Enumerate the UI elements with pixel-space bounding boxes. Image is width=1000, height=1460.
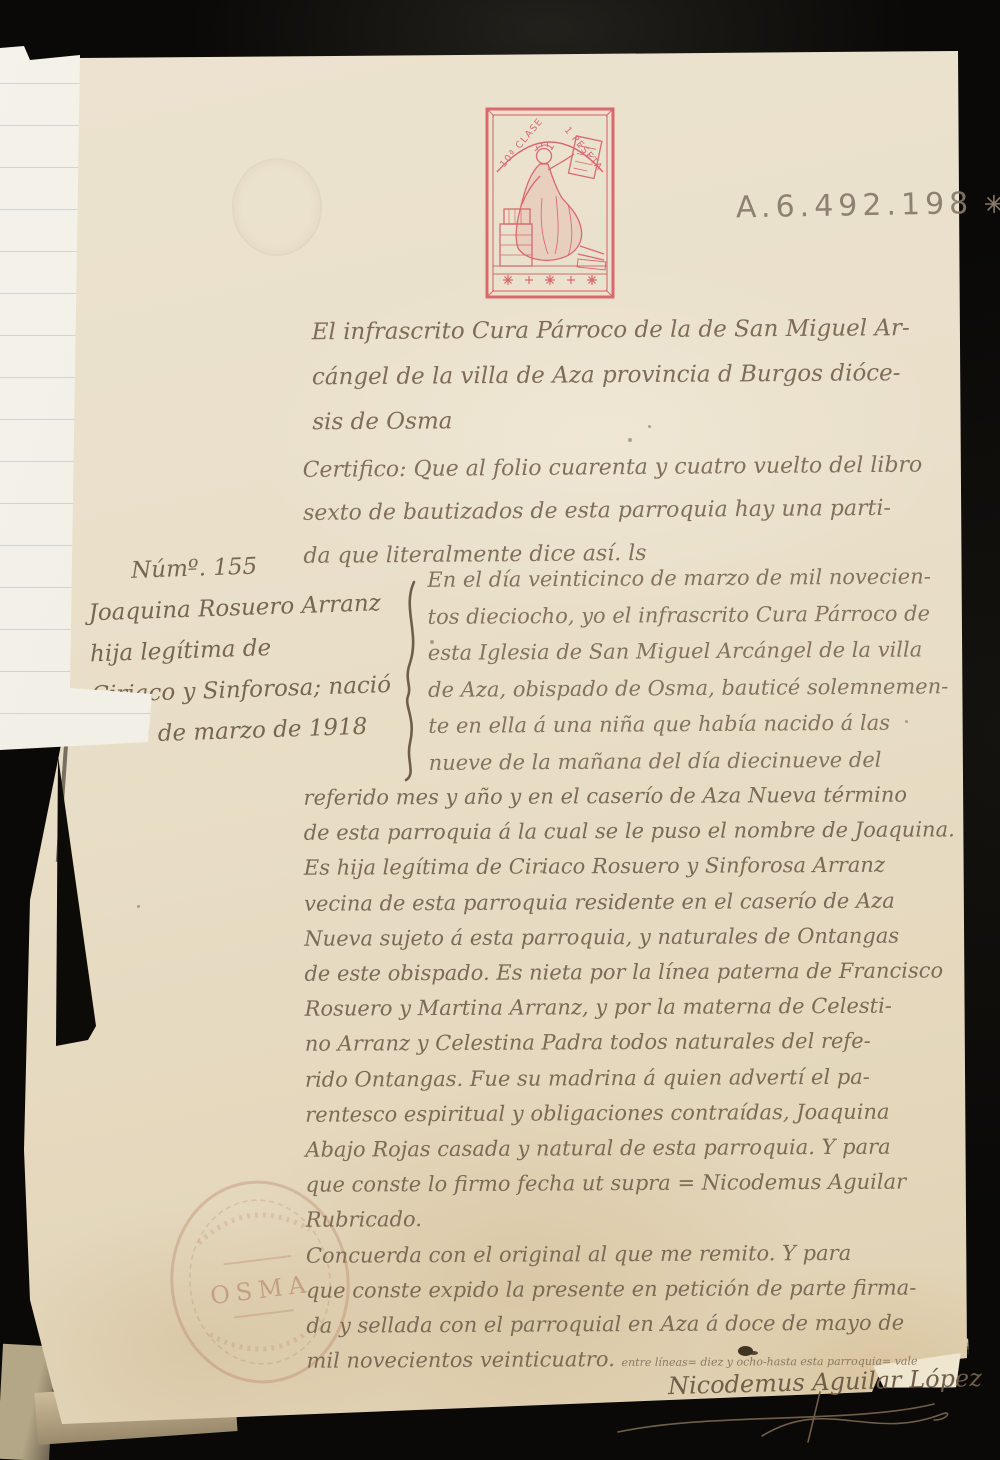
handwritten-line: te en ella á una niña que había nacido á… bbox=[428, 704, 976, 744]
handwritten-line: de Aza, obispado de Osma, bauticé solemn… bbox=[428, 668, 976, 708]
header-text: El infrascrito Cura Párroco de la de San… bbox=[312, 306, 973, 446]
handwritten-line: rido Ontangas. Fue su madrina á quien ad… bbox=[305, 1059, 973, 1098]
signature-flourish bbox=[612, 1390, 957, 1448]
handwritten-line: no Arranz y Celestina Padra todos natura… bbox=[305, 1024, 973, 1063]
handwritten-line: Rubricado. bbox=[306, 1200, 974, 1239]
foxing-speck bbox=[905, 720, 908, 723]
foxing-speck bbox=[540, 870, 543, 873]
handwritten-line: tos dieciocho, yo el infrascrito Cura Pá… bbox=[427, 595, 975, 635]
handwritten-line: sis de Osma bbox=[312, 396, 972, 446]
handwritten-line: de esta parroquia á la cual se le puso e… bbox=[304, 812, 972, 851]
parish-seal-text: OSMA bbox=[209, 1270, 314, 1310]
foxing-speck bbox=[430, 640, 434, 644]
handwritten-line: esta Iglesia de San Miguel Arcángel de l… bbox=[428, 631, 976, 671]
handwritten-line: Joaquina Rosuero Arranz bbox=[88, 585, 339, 635]
serial-number: A.6.492.198 bbox=[736, 186, 974, 225]
handwritten-line: referido mes y año y en el caserío de Az… bbox=[303, 777, 971, 816]
foxing-speck bbox=[628, 438, 632, 442]
handwritten-line: Abajo Rojas casada y natural de esta par… bbox=[305, 1129, 973, 1168]
handwritten-line: sexto de bautizados de esta parroquia ha… bbox=[303, 486, 973, 535]
handwritten-line: Nueva sujeto á esta parroquia, y natural… bbox=[304, 918, 972, 957]
ink-blot bbox=[738, 1346, 753, 1356]
handwritten-line: cángel de la villa de Aza provincia d Bu… bbox=[312, 351, 972, 401]
handwritten-line: que conste lo firmo fecha ut supra = Nic… bbox=[305, 1164, 973, 1203]
handwritten-line: Rosuero y Martina Arranz, y por la mater… bbox=[305, 988, 973, 1027]
handwritten-line: que conste expido la presente en petició… bbox=[306, 1270, 974, 1309]
handwritten-line: vecina de esta parroquia residente en el… bbox=[304, 883, 972, 922]
fiscal-stamp: 10ª CLASE 1 PESETA bbox=[484, 106, 616, 300]
parish-seal: OSMA bbox=[152, 1165, 368, 1399]
handwritten-line: El infrascrito Cura Párroco de la de San… bbox=[312, 306, 972, 356]
entry-body-text: referido mes y año y en el caserío de Az… bbox=[303, 777, 974, 1382]
certification-text: Certifico: Que al folio cuarenta y cuatr… bbox=[302, 443, 973, 578]
margin-brace bbox=[390, 578, 430, 783]
star-mark-icon bbox=[983, 192, 1000, 214]
handwritten-line: nueve de la mañana del día diecinueve de… bbox=[429, 741, 977, 781]
stamp-value-label: 1 PESETA bbox=[562, 125, 605, 173]
handwritten-line: Certifico: Que al folio cuarenta y cuatr… bbox=[302, 443, 972, 492]
handwritten-line: rentesco espiritual y obligaciones contr… bbox=[305, 1094, 973, 1133]
ornament-band bbox=[503, 275, 597, 285]
handwritten-line: Concuerda con el original al que me remi… bbox=[306, 1235, 974, 1274]
handwritten-line: Es hija legítima de Ciriaco Rosuero y Si… bbox=[304, 848, 972, 887]
entry-indented-text: En el día veinticinco de marzo de mil no… bbox=[427, 558, 977, 781]
foxing-speck bbox=[137, 905, 140, 908]
serial-number-block: A.6.492.198 bbox=[736, 186, 1000, 226]
handwritten-line: da y sellada con el parroquial en Aza á … bbox=[306, 1305, 974, 1344]
handwritten-line: de este obispado. Es nieta por la línea … bbox=[304, 953, 972, 992]
handwritten-line: En el día veinticinco de marzo de mil no… bbox=[427, 558, 975, 598]
document-scan: 10ª CLASE 1 PESETA bbox=[0, 0, 1000, 1460]
foxing-speck bbox=[648, 425, 651, 428]
embossed-seal bbox=[232, 158, 322, 256]
